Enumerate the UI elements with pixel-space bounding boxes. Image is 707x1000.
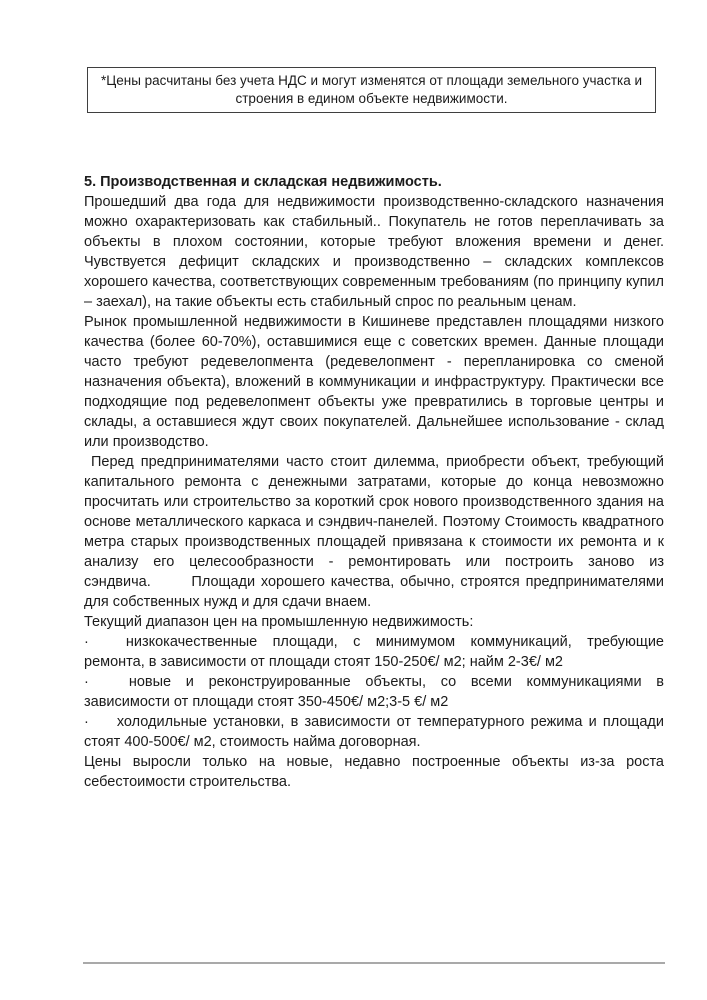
paragraph-market-quality: Рынок промышленной недвижимости в Кишине… xyxy=(84,312,664,452)
footer-separator-line xyxy=(83,962,665,964)
bullet-marker: · xyxy=(84,714,89,730)
bullet-new-reconstructed: ·новые и реконструированные объекты, со … xyxy=(84,672,664,712)
bullet-marker: · xyxy=(84,634,89,650)
price-disclaimer-text: *Цены расчитаны без учета НДС и могут из… xyxy=(101,73,642,106)
paragraph-entrepreneur-dilemma: Перед предпринимателями часто стоит диле… xyxy=(84,452,664,612)
price-disclaimer-box: *Цены расчитаны без учета НДС и могут из… xyxy=(87,67,656,113)
document-page: *Цены расчитаны без учета НДС и могут из… xyxy=(0,0,707,1000)
bullet-text: холодильные установки, в зависимости от … xyxy=(84,714,664,750)
bullet-tab-spacer xyxy=(89,685,129,686)
bullet-low-quality: ·низкокачественные площади, с минимумом … xyxy=(84,632,664,672)
section-heading: 5. Производственная и складская недвижим… xyxy=(84,172,664,192)
bullet-text: низкокачественные площади, с минимумом к… xyxy=(84,634,664,670)
price-range-intro: Текущий диапазон цен на промышленную нед… xyxy=(84,612,664,632)
bullet-text: новые и реконструированные объекты, со в… xyxy=(84,674,664,710)
bullet-tab-spacer xyxy=(89,645,126,646)
bullet-marker: · xyxy=(84,674,89,690)
paragraph-market-overview: Прошедший два года для недвижимости прои… xyxy=(84,192,664,312)
bullet-tab-spacer xyxy=(89,725,117,726)
bullet-cold-storage: ·холодильные установки, в зависимости от… xyxy=(84,712,664,752)
document-content: *Цены расчитаны без учета НДС и могут из… xyxy=(84,67,664,792)
paragraph-price-growth: Цены выросли только на новые, недавно по… xyxy=(84,752,664,792)
